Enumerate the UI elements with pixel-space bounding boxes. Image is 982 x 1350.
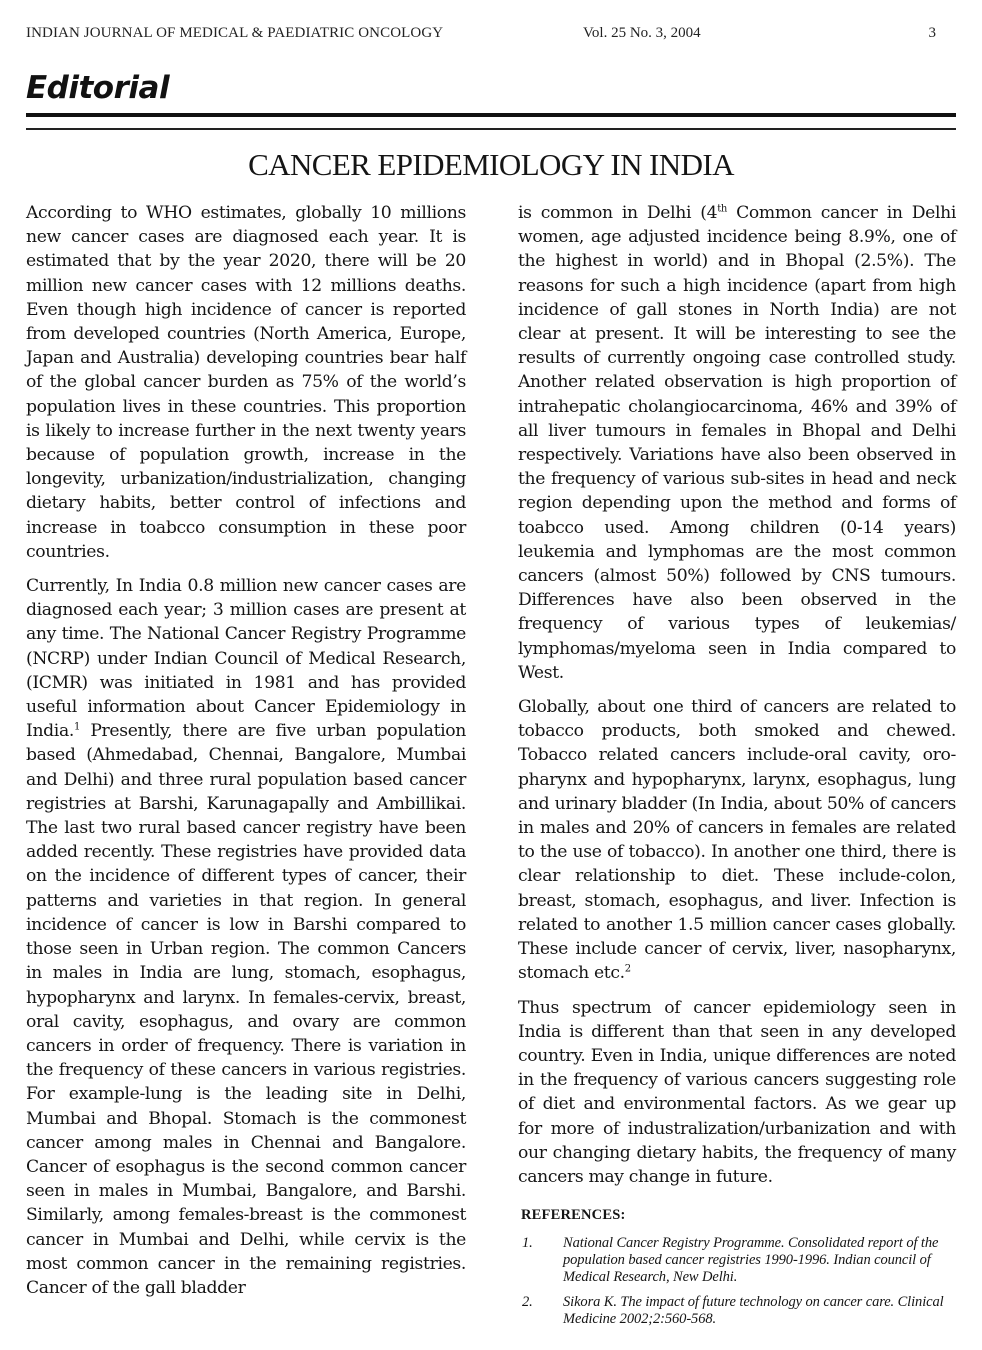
paragraph-4: Globally, about one third of cancers are… [518, 695, 956, 985]
journal-name: INDIAN JOURNAL OF MEDICAL & PAEDIATRIC O… [26, 25, 443, 42]
paragraph-5: Thus spectrum of cancer epidemiology see… [518, 996, 956, 1190]
header-rule-thick [26, 113, 956, 117]
reference-number: 2. [522, 1294, 563, 1328]
section-label: Editorial [26, 70, 169, 106]
references-heading: REFERENCES: [521, 1203, 956, 1227]
volume-issue: Vol. 25 No. 3, 2004 [583, 25, 701, 42]
reference-text: National Cancer Registry Programme. Cons… [563, 1235, 956, 1286]
reference-text: Sikora K. The impact of future technolog… [563, 1294, 956, 1328]
paragraph-2: Currently, In India 0.8 million new canc… [26, 574, 466, 1300]
column-right: is common in Delhi (4th Common cancer in… [518, 201, 956, 1336]
reference-number: 1. [522, 1235, 563, 1286]
reference-item: 2. Sikora K. The impact of future techno… [522, 1294, 956, 1328]
column-left: According to WHO estimates, globally 10 … [26, 201, 466, 1310]
header-rule-thin [26, 128, 956, 130]
page-number: 3 [929, 25, 937, 42]
running-head: INDIAN JOURNAL OF MEDICAL & PAEDIATRIC O… [26, 25, 956, 43]
reference-item: 1. National Cancer Registry Programme. C… [522, 1235, 956, 1286]
paragraph-1: According to WHO estimates, globally 10 … [26, 201, 466, 564]
paragraph-3: is common in Delhi (4th Common cancer in… [518, 201, 956, 685]
article-title: CANCER EPIDEMIOLOGY IN INDIA [0, 147, 982, 183]
citation-2: 2 [625, 964, 631, 975]
